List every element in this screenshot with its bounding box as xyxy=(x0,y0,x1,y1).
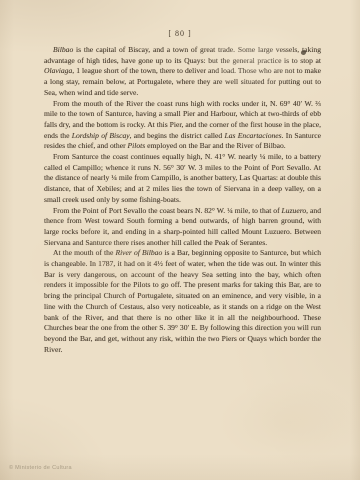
scanned-page: [ 80 ] Bilbao is the capital of Biscay, … xyxy=(0,0,360,480)
paragraph: Bilbao is the capital of Biscay, and a t… xyxy=(44,45,321,99)
paragraph: From the Point of Port Sevallo the coast… xyxy=(44,206,321,249)
paragraph: At the mouth of the River of Bilbao is a… xyxy=(44,248,321,355)
paragraph: From the mouth of the River the coast ru… xyxy=(44,99,321,153)
italic-text: Olaviaga xyxy=(44,66,72,75)
italic-text: Luzuero xyxy=(282,206,307,215)
paragraph: From Santurce the coast continues equall… xyxy=(44,152,321,206)
body-text: , 1 league short of the town, there to d… xyxy=(44,66,321,96)
body-text: From Santurce the coast continues equall… xyxy=(44,152,321,204)
body-text: is the capital of Biscay, and a town of … xyxy=(44,45,321,65)
body-text: At the mouth of the xyxy=(53,248,115,257)
italic-text: River of Bilbao xyxy=(115,248,162,257)
italic-text: Bilbao xyxy=(53,45,73,54)
body-text: , and begins the district called xyxy=(130,131,225,140)
body-text: From the Point of Port Sevallo the coast… xyxy=(53,206,282,215)
watermark: © Ministerio de Cultura xyxy=(9,465,72,471)
page-number: [ 80 ] xyxy=(0,29,360,38)
italic-text: Las Encartaciones xyxy=(225,131,282,140)
italic-text: Pilots xyxy=(128,141,146,150)
body-text: employed on the Bar and the River of Bil… xyxy=(145,141,285,150)
text-block: Bilbao is the capital of Biscay, and a t… xyxy=(44,45,321,355)
body-text: is a Bar, beginning opposite to Santurce… xyxy=(44,248,321,353)
italic-text: Lordship of Biscay xyxy=(72,131,130,140)
